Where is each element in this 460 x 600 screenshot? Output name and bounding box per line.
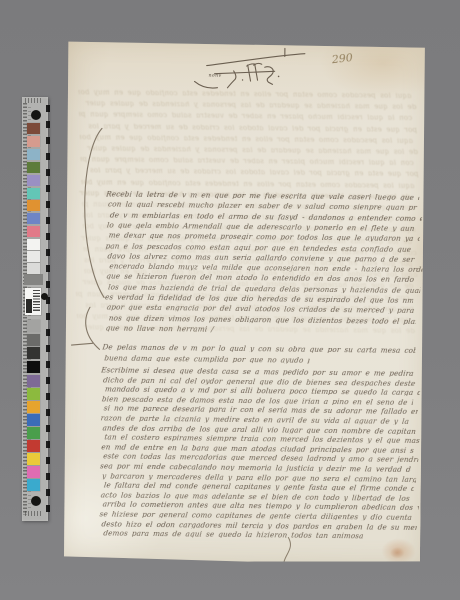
ruler-divider-band: [24, 274, 43, 285]
verso-showthrough-line: por que esta en gracia por del caval ato…: [84, 123, 417, 134]
ruler-top-print: [25, 98, 42, 103]
ruler-tick-marks: [46, 105, 50, 513]
label-dark-mark: [26, 299, 32, 313]
manuscript-text-line: sea por mi ende cabecalando noy memoria …: [100, 462, 412, 473]
manuscript-text-line: buena dama que este cumplida por que no …: [104, 354, 310, 364]
docket-word: nonv: [209, 74, 222, 79]
manuscript-text-line: Escribime si desea que desta casa se a m…: [101, 366, 418, 377]
color-patch: [27, 453, 40, 465]
manuscript-text-line: tan el costero espirames siempre traia c…: [104, 434, 421, 445]
color-patch: [27, 334, 40, 346]
manuscript-text-line: mandado si quedo a v md por si alli bolu…: [105, 386, 421, 397]
verso-showthrough-line: de los que mas hazienda se quedara de la…: [85, 145, 418, 156]
color-patch: [27, 440, 40, 452]
manuscript-text-line: De pelas manos de v m por lo qual y con …: [102, 343, 416, 354]
ruler-label-block: [25, 288, 41, 315]
color-patch: [27, 123, 40, 134]
color-patch: [27, 175, 40, 186]
color-patch: [27, 466, 40, 478]
color-patch: [27, 239, 40, 250]
color-patch: [27, 361, 40, 373]
manuscript-text-line: de v m embiarlas en todo el armo de su f…: [110, 211, 423, 222]
manuscript-text-line: le faltara del md conde general capitane…: [104, 482, 415, 493]
end-flourish: [276, 533, 317, 578]
label-fine-print: [33, 290, 40, 312]
ruler-bottom-print: [25, 511, 42, 516]
manuscript-text-line: que no llave non herrami /: [105, 324, 224, 333]
color-patch: [27, 136, 40, 147]
manuscript-text-line: demos para mas de aqui se quedo la hizie…: [103, 530, 368, 540]
registration-dot-middle: [41, 293, 48, 300]
color-patch: [27, 347, 40, 359]
color-patch: [27, 149, 40, 160]
verso-showthrough-line: de los que mas hazienda se quedara de la…: [83, 100, 416, 111]
manuscript-page: nonv 290 aqui los pescados como estan po…: [61, 39, 426, 564]
registration-dot-top: [31, 110, 41, 120]
color-calibration-bar: [22, 97, 48, 521]
color-patch: [27, 200, 40, 211]
color-patch: [27, 401, 40, 413]
folio-number: 290: [331, 51, 353, 66]
color-patch: [27, 414, 40, 426]
color-patch: [27, 479, 40, 491]
color-patch: [27, 263, 40, 274]
color-patch: [27, 188, 40, 199]
color-patch: [27, 320, 40, 332]
photo-backdrop: nonv 290 aqui los pescados como estan po…: [0, 0, 460, 600]
color-patch: [27, 388, 40, 400]
manuscript-text-line: razon de parte la cizania y medire esto …: [100, 414, 411, 425]
color-patch: [27, 375, 40, 387]
color-patch: [27, 251, 40, 262]
color-patch: [27, 226, 40, 237]
color-patch: [27, 427, 40, 439]
color-patch: [27, 162, 40, 173]
verso-showthrough-line: con la qual rescibi mucho plazer en sabe…: [79, 112, 412, 123]
color-patch: [27, 213, 40, 224]
verso-showthrough-line: por que esta en gracia por del caval ato…: [85, 168, 418, 179]
manuscript-text-line: Recebi la letra de v m en que por me fue…: [106, 190, 420, 201]
manuscript-text-line: se hiziese por general como capitanes de…: [99, 510, 412, 521]
registration-dot-bottom: [31, 496, 41, 506]
